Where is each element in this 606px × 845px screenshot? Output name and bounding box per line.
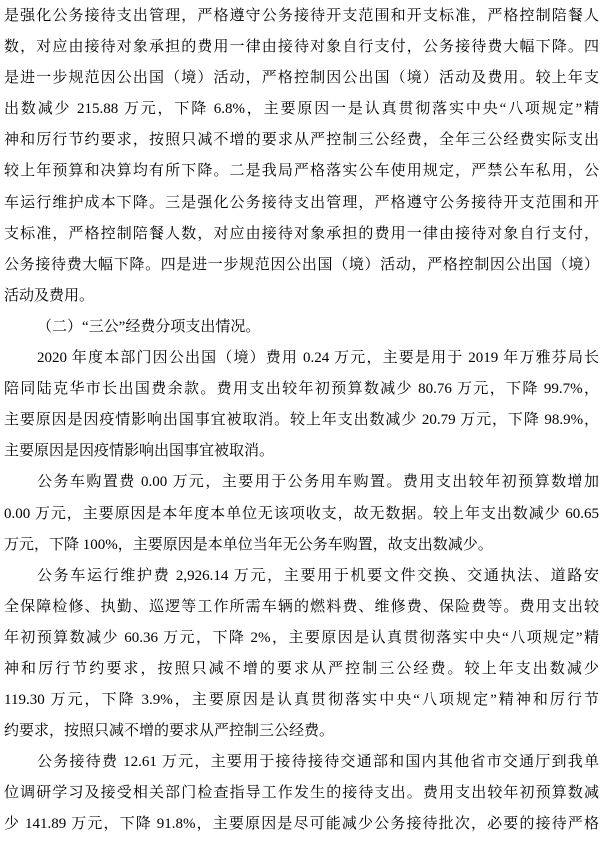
text-line: 少 141.89 万元，下降 91.8%，主要原因是尽可能减少公务接待批次，必要… [4,809,599,840]
text-line: 较上年预算和决算均有所下降。二是我局严格落实公车使用规定，严禁公车私用，公 [4,156,599,187]
text-line: 年初预算数减少 60.36 万元，下降 2%，主要原因是认真贯彻落实中央“八项规… [4,623,599,654]
document-page: 是强化公务接待支出管理，严格遵守公务接待开支范围和开支标准，严格控制陪餐人 数，… [0,0,606,845]
paragraph-vehicle-purchase: 公务车购置费 0.00 万元，主要用于公务用车购置。费用支出较年初预算数增加 0… [4,467,599,560]
paragraph-official-reception: 公务接待费 12.61 万元，主要用于接待接待交通部和国内其他省市交通厅到我单 … [4,747,599,840]
section-heading: （二）“三公”经费分项支出情况。 [4,312,599,343]
text-line: 0.00 万元，主要原因是本年度本单位无该项收支，故无数据。较上年支出数减少 6… [4,499,599,530]
section-heading-line: （二）“三公”经费分项支出情况。 [4,312,599,343]
text-line: 位调研学习及接受相关部门检查指导工作发生的接待支出。费用支出较年初预算数减 [4,778,599,809]
text-line: 主要原因是因疫情影响出国事宜被取消。较上年支出数减少 20.79 万元，下降 9… [4,405,599,436]
text-line: 车运行维护成本下降。三是强化公务接待支出管理，严格遵守公务接待开支范围和开 [4,188,599,219]
text-line: 公务车购置费 0.00 万元，主要用于公务用车购置。费用支出较年初预算数增加 [4,467,599,498]
text-line: 神和厉行节约要求，按照只减不增的要求从严控制三公经费，全年三公经费实际支出 [4,125,599,156]
text-line: 是进一步规范因公出国（境）活动，严格控制因公出国（境）活动及费用。较上年支 [4,63,599,94]
text-line: 神和厉行节约要求，按照只减不增的要求从严控制三公经费。较上年支出数减少 [4,654,599,685]
text-line: 约要求，按照只减不增的要求从严控制三公经费。 [4,716,599,747]
text-line: 万元，下降 100%，主要原因是本单位当年无公务车购置，故支出数减少。 [4,530,599,561]
text-line: 公务接待费 12.61 万元，主要用于接待接待交通部和国内其他省市交通厅到我单 [4,747,599,778]
text-line: 公务车运行维护费 2,926.14 万元，主要用于机要文件交换、交通执法、道路安 [4,561,599,592]
text-line: 支标准，严格控制陪餐人数，对应由接待对象承担的费用一律由接待对象自行支付， [4,219,599,250]
text-line: 全保障检修、执勤、巡逻等工作所需车辆的燃料费、维修费、保险费等。费用支出较 [4,592,599,623]
paragraph-abroad-expense: 2020 年度本部门因公出国（境）费用 0.24 万元，主要是用于 2019 年… [4,343,599,467]
text-line: 活动及费用。 [4,281,599,312]
text-line: 主要原因是因疫情影响出国事宜被取消。 [4,436,599,467]
text-line: 出数减少 215.88 万元，下降 6.8%，主要原因一是认真贯彻落实中央“八项… [4,94,599,125]
text-line: 数，对应由接待对象承担的费用一律由接待对象自行支付，公务接待费大幅下降。四 [4,32,599,63]
text-line: 是强化公务接待支出管理，严格遵守公务接待开支范围和开支标准，严格控制陪餐人 [4,1,599,32]
text-line: 2020 年度本部门因公出国（境）费用 0.24 万元，主要是用于 2019 年… [4,343,599,374]
text-line: 公务接待费大幅下降。四是进一步规范因公出国（境）活动，严格控制因公出国（境） [4,250,599,281]
text-line: 119.30 万元，下降 3.9%，主要原因是认真贯彻落实中央“八项规定”精神和… [4,685,599,716]
text-line: 陪同陆克华市长出国费余款。费用支出较年初预算数减少 80.76 万元，下降 99… [4,374,599,405]
paragraph-vehicle-maintenance: 公务车运行维护费 2,926.14 万元，主要用于机要文件交换、交通执法、道路安… [4,561,599,748]
paragraph-continuation: 是强化公务接待支出管理，严格遵守公务接待开支范围和开支标准，严格控制陪餐人 数，… [4,1,599,312]
